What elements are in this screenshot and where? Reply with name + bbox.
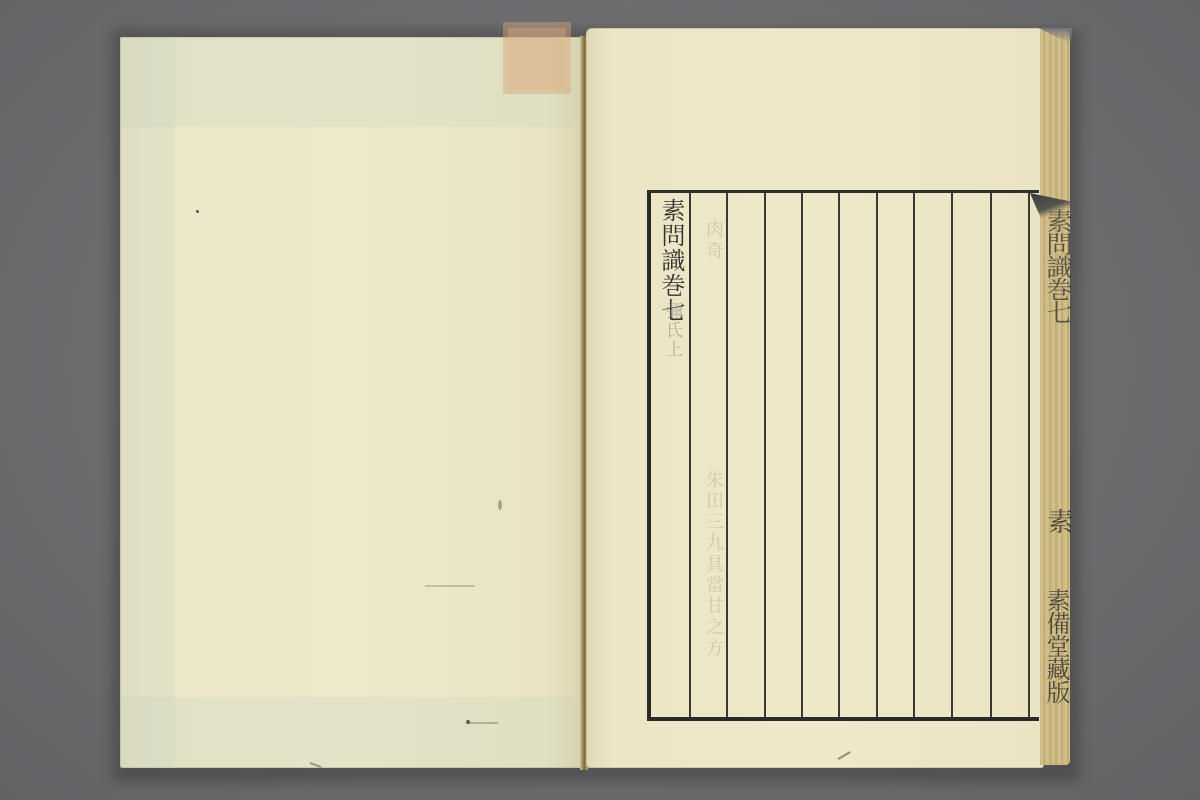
- scratch-mark: [425, 585, 475, 587]
- column-rule: [913, 193, 915, 718]
- fore-edge-publisher: 素備堂藏版: [1040, 588, 1072, 703]
- fore-edge-mark: 素: [1040, 508, 1077, 534]
- fore-edge-title: 素問識巻七: [1040, 209, 1072, 342]
- scratch-mark: [470, 722, 498, 724]
- column-rule: [951, 193, 953, 718]
- left-page: [120, 37, 585, 768]
- ink-speck: [196, 210, 199, 213]
- page-stain: [120, 37, 175, 768]
- column-rule: [764, 193, 766, 718]
- page-stain: [120, 697, 585, 768]
- column-rule: [801, 193, 803, 718]
- ink-speck: [498, 500, 502, 510]
- faint-subtitle: 彌氏上: [660, 302, 685, 359]
- column-rule: [990, 193, 992, 718]
- seal-stamp-inner: [508, 28, 566, 90]
- column-rule: [876, 193, 878, 718]
- column-rule: [689, 193, 691, 718]
- bleed-through-text: 朱田三九具當甘之方: [700, 470, 726, 659]
- column-rule: [726, 193, 728, 718]
- column-rule: [838, 193, 840, 718]
- bleed-through-text: 肉奇: [700, 220, 726, 262]
- column-rule: [1028, 193, 1030, 718]
